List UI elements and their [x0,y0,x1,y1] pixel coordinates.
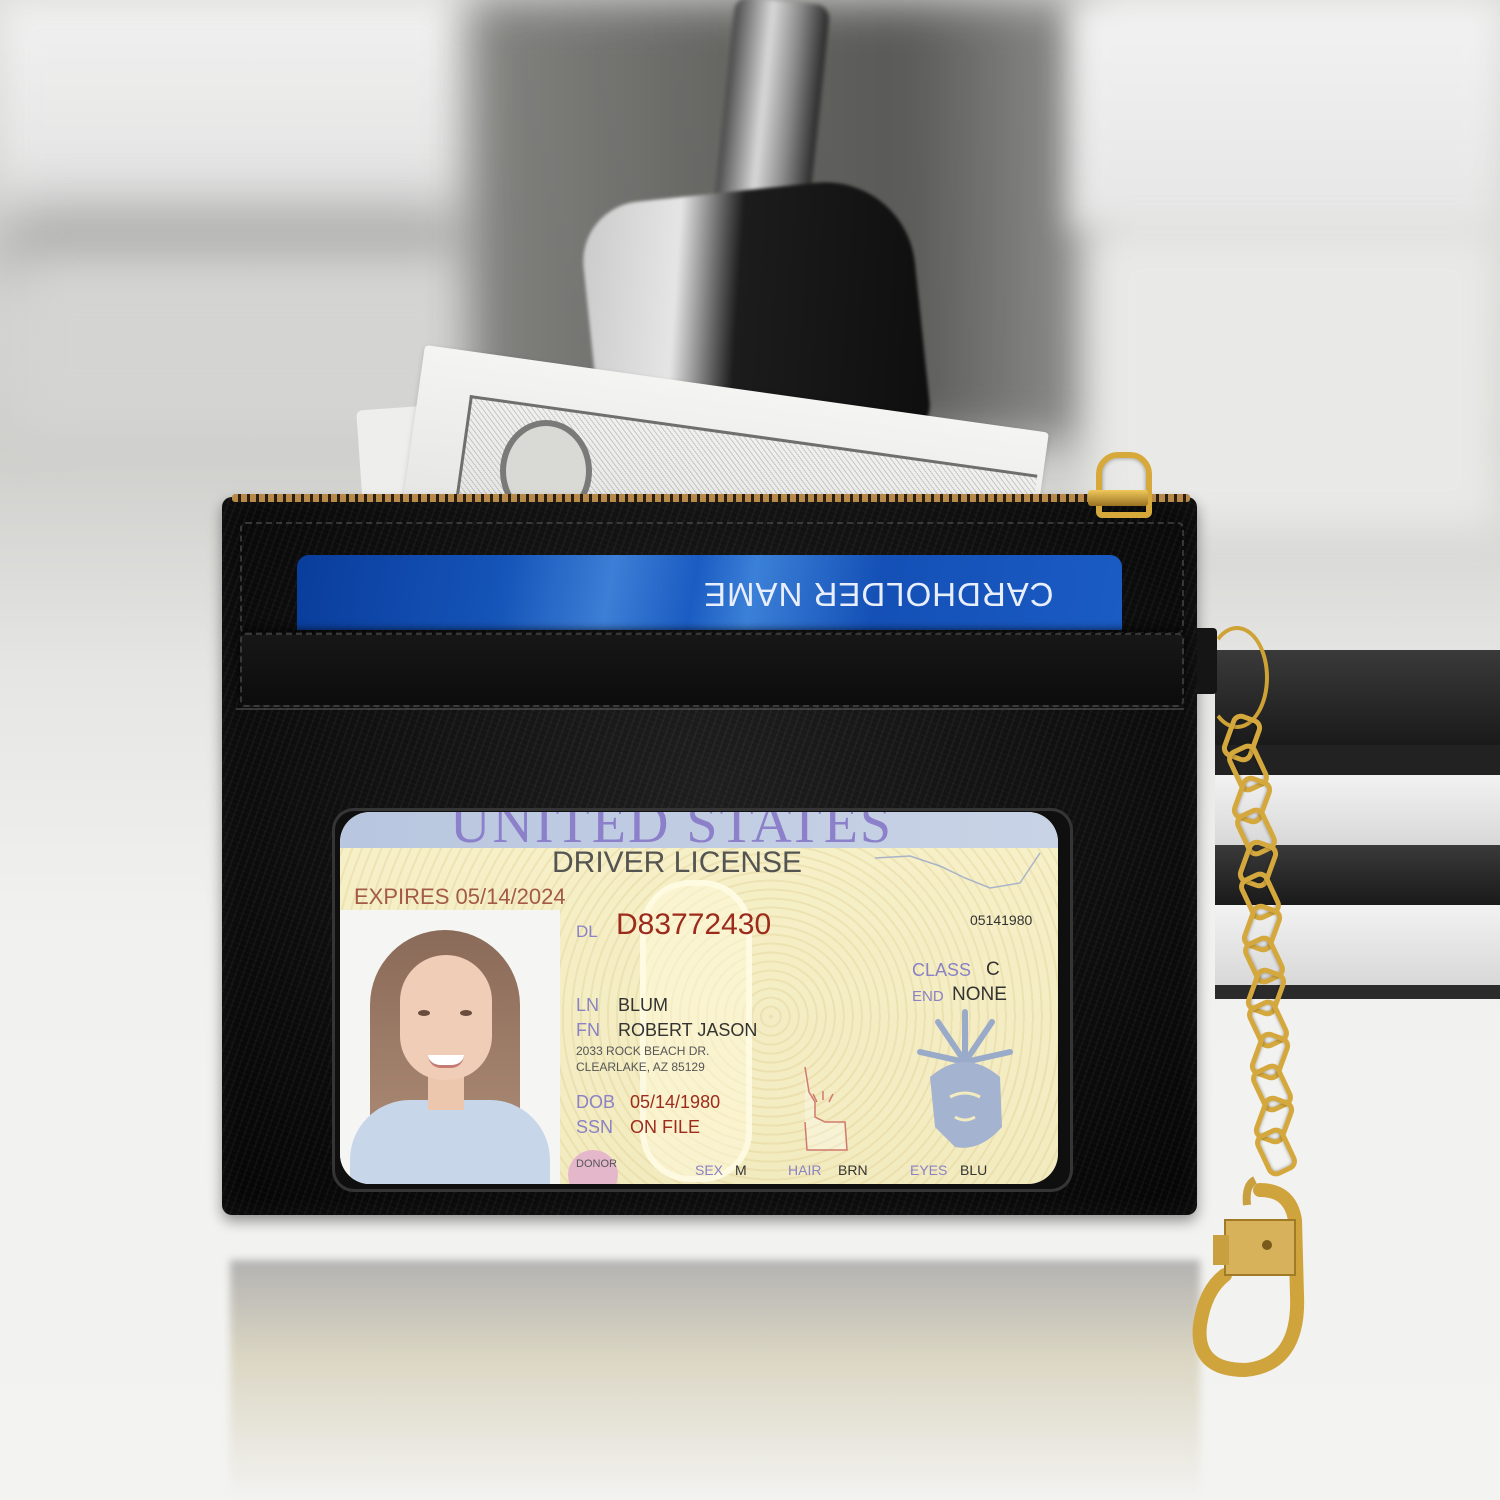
address-line-2: CLEARLAKE, AZ 85129 [576,1060,705,1074]
hair-value: BRN [838,1162,868,1178]
driver-license: UNITED STATES DRIVER LICENSE EXPIRES 05/… [340,812,1058,1184]
card-slot-middle [240,633,1184,707]
sex-value: M [735,1162,747,1178]
background-window-left [0,0,460,230]
dl-number: D83772430 [616,908,771,942]
class-label: CLASS [912,960,971,981]
credit-card: CARDHOLDER NAME [297,555,1122,630]
eyes-value: BLU [960,1162,987,1178]
dl-label: DL [576,922,598,942]
address-line-1: 2033 ROCK BEACH DR. [576,1044,709,1058]
donor-label: DONOR [576,1158,617,1170]
background-window-right [1070,0,1500,230]
license-photo [340,910,560,1184]
background-keyboard [20,260,480,430]
fn-value: ROBERT JASON [618,1020,757,1041]
ssn-value: ON FILE [630,1117,700,1138]
zipper [232,494,1190,502]
us-map-icon [870,848,1050,908]
sex-label: SEX [695,1162,723,1178]
dob-value: 05/14/1980 [630,1092,720,1113]
end-value: NONE [952,984,1007,1006]
zipper-slider [1088,490,1148,506]
statue-of-liberty-icon [910,1007,1020,1157]
eyes-label: EYES [910,1162,947,1178]
fn-label: FN [576,1020,600,1041]
class-value: C [986,959,1000,981]
dob-label: DOB [576,1092,615,1113]
statue-of-liberty-small-icon [795,1062,855,1152]
hair-label: HAIR [788,1162,821,1178]
cardholder-name: CARDHOLDER NAME [703,575,1054,613]
doc-number: 05141980 [970,912,1032,928]
card-slot-lower [236,708,1184,730]
zipper-pull-icon [1096,452,1152,518]
ssn-label: SSN [576,1117,613,1138]
ln-value: BLUM [618,995,668,1016]
end-label: END [912,988,944,1005]
license-title: DRIVER LICENSE [552,846,802,880]
license-expires: EXPIRES 05/14/2024 [354,884,566,910]
ln-label: LN [576,995,599,1016]
gold-chain [1218,715,1288,1185]
lobster-clasp-icon[interactable] [1185,1175,1305,1380]
wallet-reflection [230,1260,1200,1500]
